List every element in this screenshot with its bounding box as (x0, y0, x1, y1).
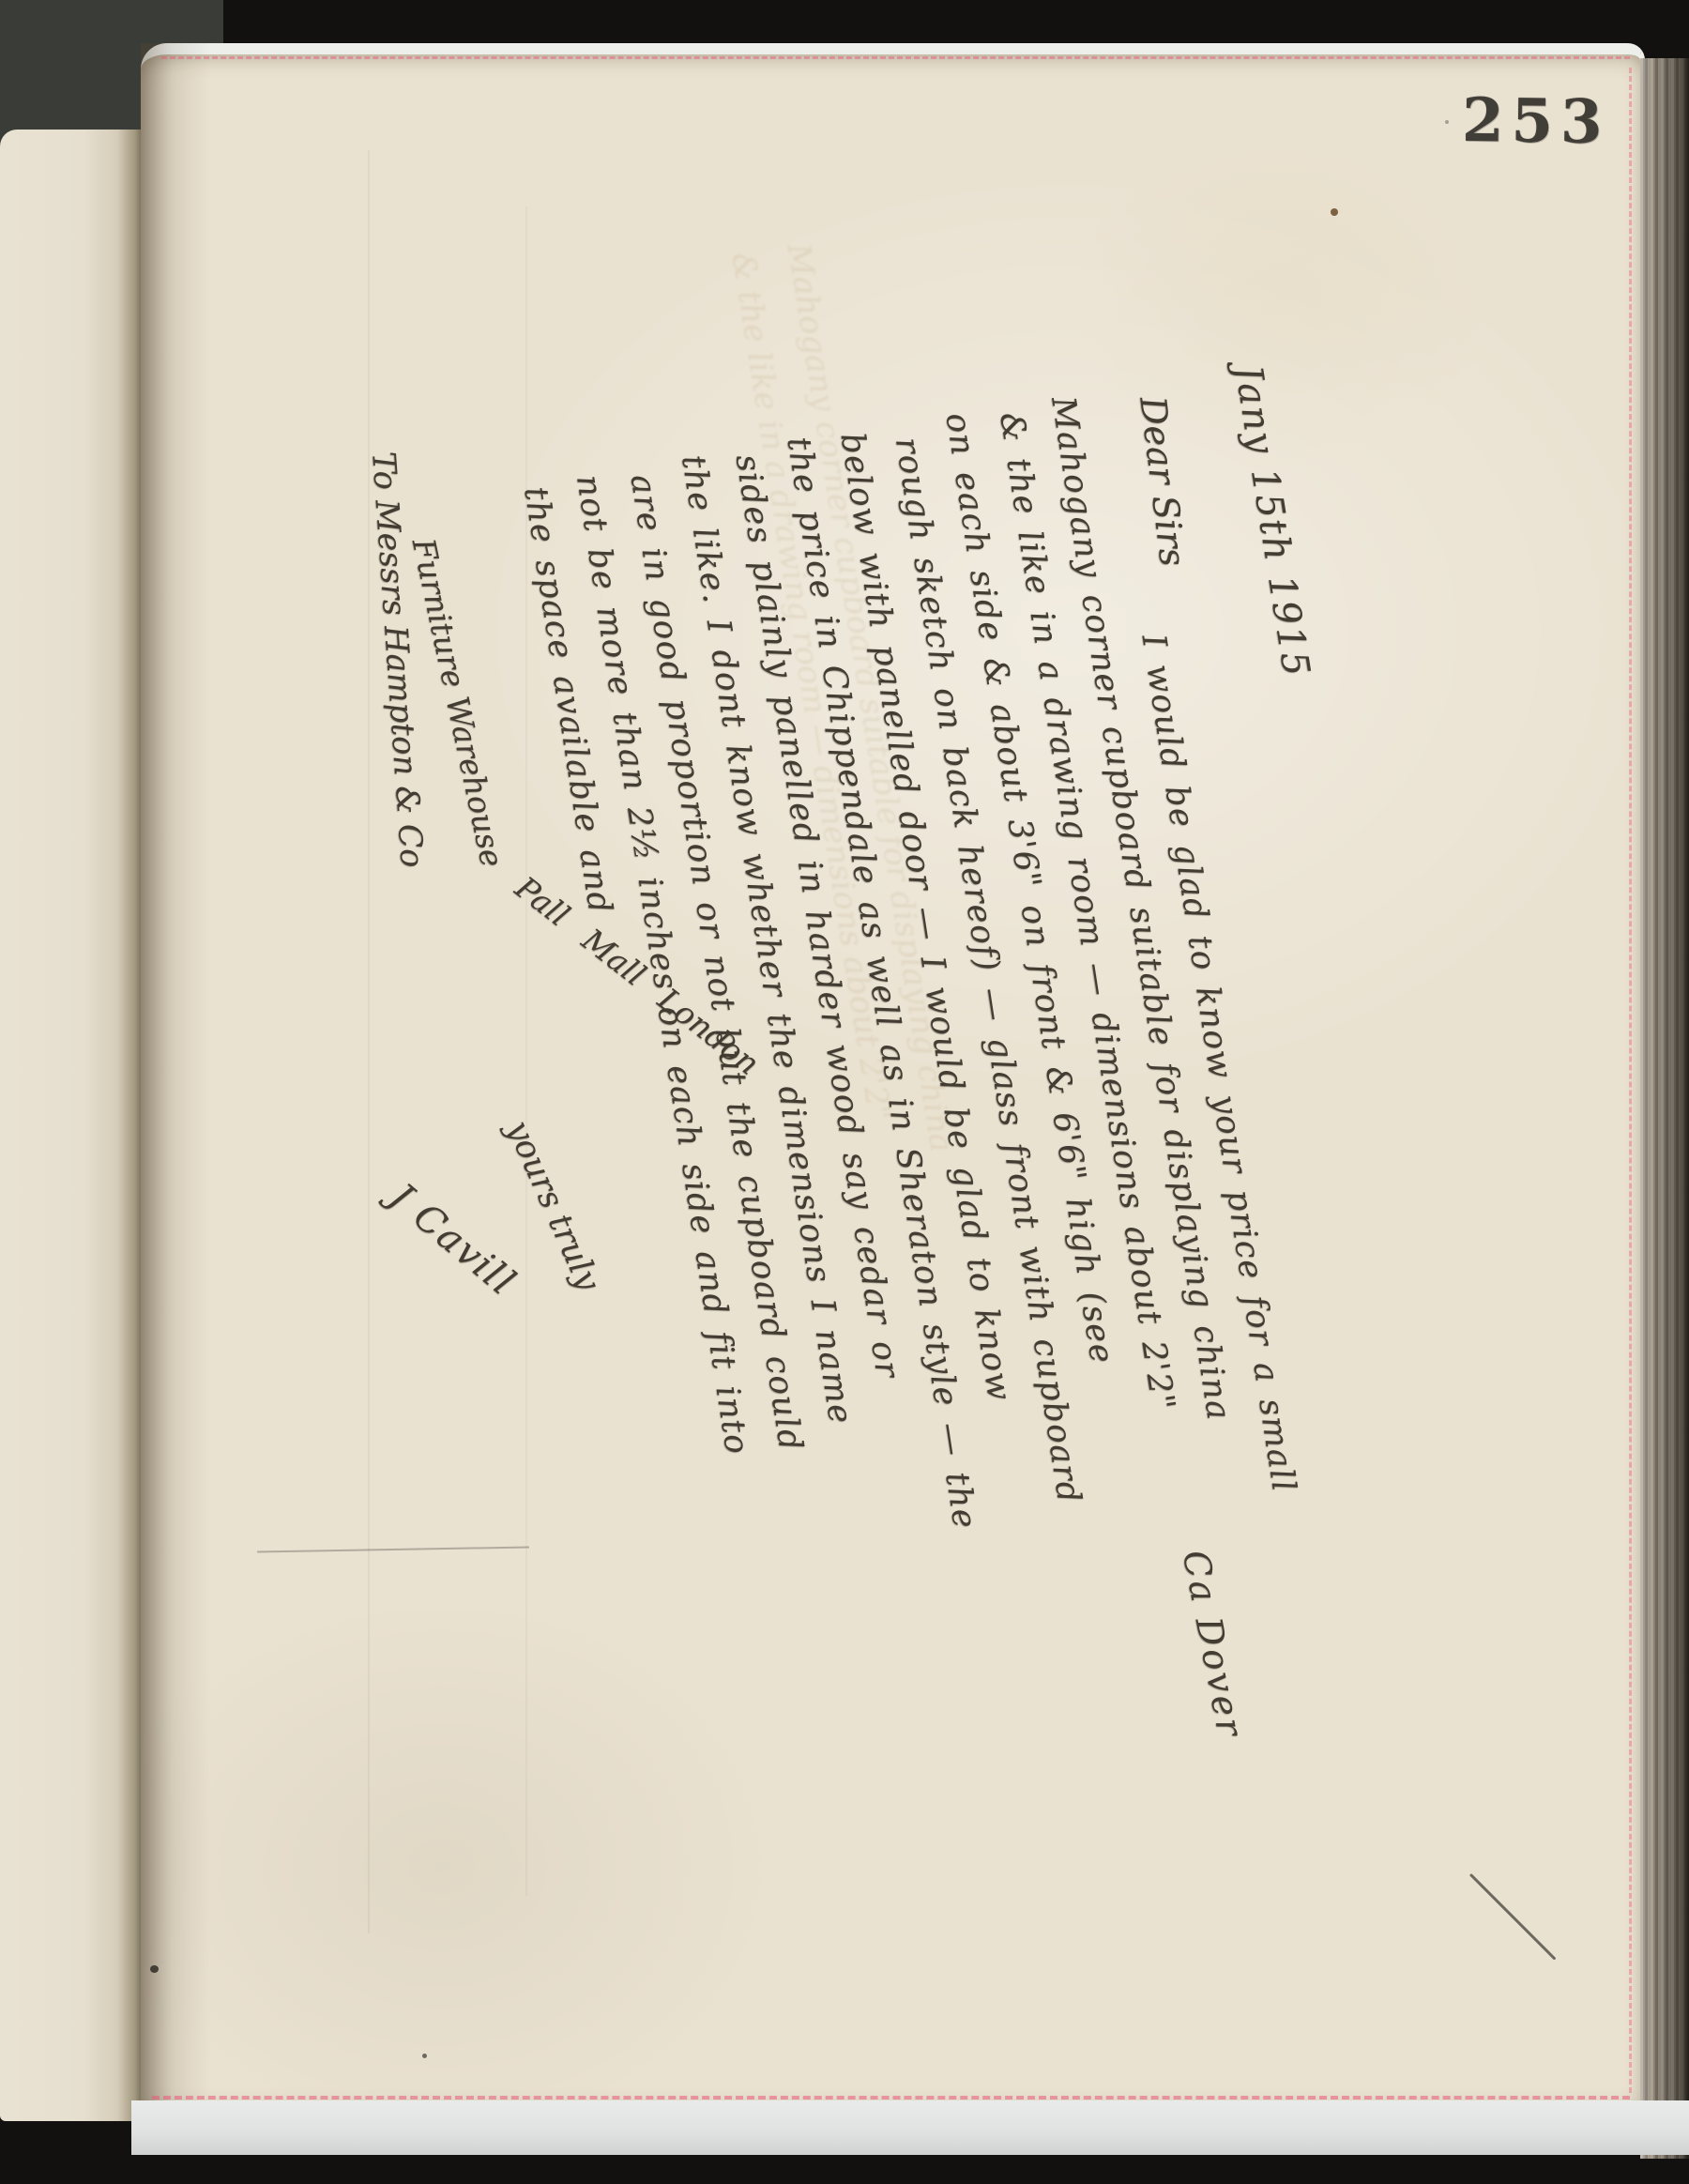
gutter-shadow (141, 43, 210, 2102)
paper-crease (525, 206, 527, 1896)
paper-crease (368, 150, 370, 1933)
bottom-page-edge (131, 2100, 1689, 2155)
fore-edge-shading (1640, 58, 1689, 2159)
ink-spot (150, 1965, 159, 1973)
ink-spot (1331, 208, 1338, 216)
letter-book-scan: 253 Mahogany corner cupboard suitable fo… (0, 0, 1689, 2184)
red-edge-speckle-bottom (152, 2096, 1630, 2100)
page-number-stamp: 253 (1461, 85, 1610, 158)
red-edge-speckle-top (161, 56, 1630, 59)
facing-page-edge (0, 130, 150, 2121)
ink-spot (422, 2054, 427, 2058)
red-edge-speckle-right (1629, 68, 1632, 2093)
ink-spot (1445, 120, 1449, 124)
